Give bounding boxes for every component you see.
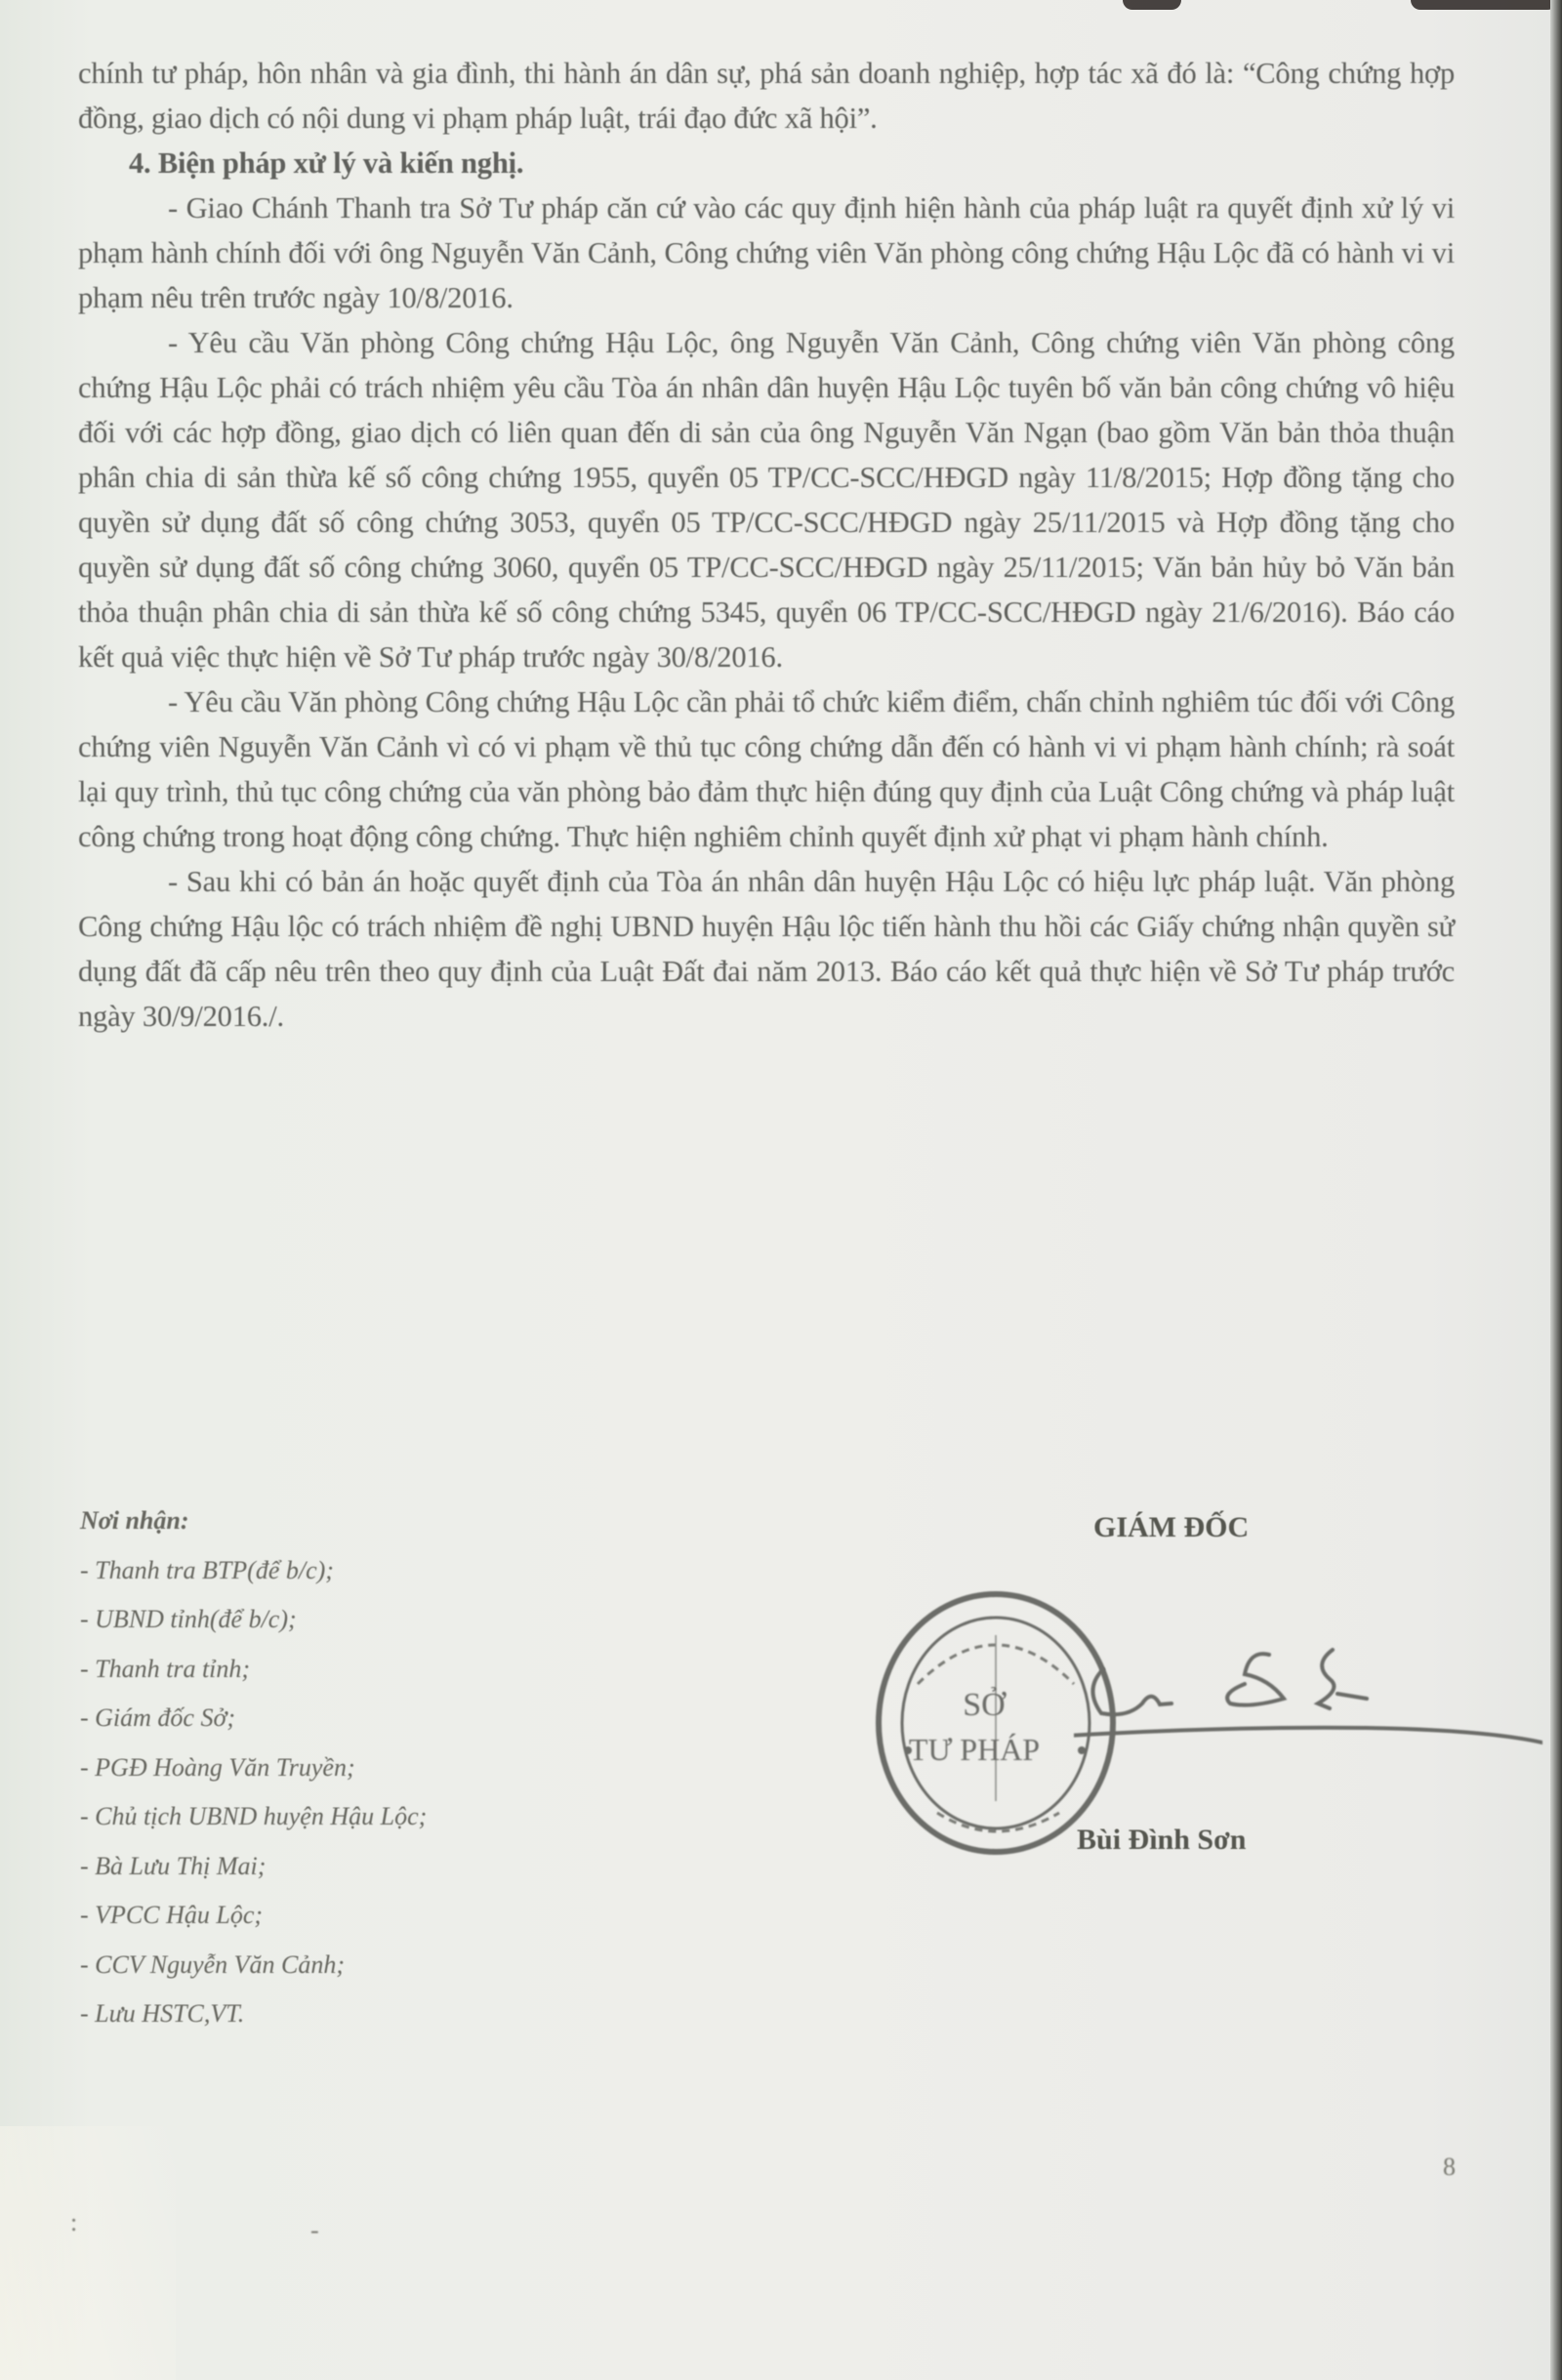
top-edge-shadow <box>1123 0 1181 10</box>
paragraph-continued: chính tư pháp, hôn nhân và gia đình, thi… <box>78 51 1455 141</box>
section-heading: 4. Biện pháp xử lý và kiến nghị. <box>78 141 1455 185</box>
signer-title: GIÁM ĐỐC <box>1093 1511 1249 1544</box>
recipient-item: - Lưu HSTC,VT. <box>80 1990 427 2039</box>
margin-mark: : <box>70 2208 77 2237</box>
recipient-item: - Chủ tịch UBND huyện Hậu Lộc; <box>80 1792 427 1842</box>
recipient-item: - CCV Nguyễn Văn Cảnh; <box>80 1941 427 1990</box>
recipient-item: - UBND tỉnh(để b/c); <box>80 1595 427 1645</box>
handwritten-signature-icon <box>1074 1611 1542 1767</box>
margin-mark: - <box>310 2216 319 2245</box>
recipient-item: - Thanh tra tỉnh; <box>80 1645 427 1695</box>
top-edge-shadow <box>1411 0 1557 10</box>
recipient-item: - Thanh tra BTP(để b/c); <box>80 1546 427 1596</box>
paragraph-measure-3: - Yêu cầu Văn phòng Công chứng Hậu Lộc c… <box>78 679 1455 859</box>
recipients-title: Nơi nhận: <box>80 1497 427 1546</box>
paper-shadow <box>0 2126 176 2380</box>
paragraph-measure-1: - Giao Chánh Thanh tra Sở Tư pháp căn cứ… <box>78 185 1455 320</box>
stamp-text-2: TƯ PHÁP <box>909 1732 1040 1767</box>
recipients-list: Nơi nhận: - Thanh tra BTP(để b/c); - UBN… <box>80 1497 427 2039</box>
signer-name: Bùi Đình Sơn <box>1077 1824 1246 1857</box>
paragraph-measure-4: - Sau khi có bản án hoặc quyết định của … <box>78 859 1455 1039</box>
recipient-item: - Giám đốc Sở; <box>80 1694 427 1744</box>
stamp-text-1: SỞ <box>963 1687 1007 1723</box>
document-body: chính tư pháp, hôn nhân và gia đình, thi… <box>78 51 1455 1039</box>
recipient-item: - VPCC Hậu Lộc; <box>80 1891 427 1941</box>
recipient-item: - PGĐ Hoàng Văn Truyền; <box>80 1744 427 1793</box>
recipient-item: - Bà Lưu Thị Mai; <box>80 1842 427 1892</box>
paragraph-measure-2: - Yêu cầu Văn phòng Công chứng Hậu Lộc, … <box>78 320 1455 679</box>
page-number: 8 <box>1443 2153 1456 2182</box>
right-edge-shadow <box>1550 0 1562 2380</box>
